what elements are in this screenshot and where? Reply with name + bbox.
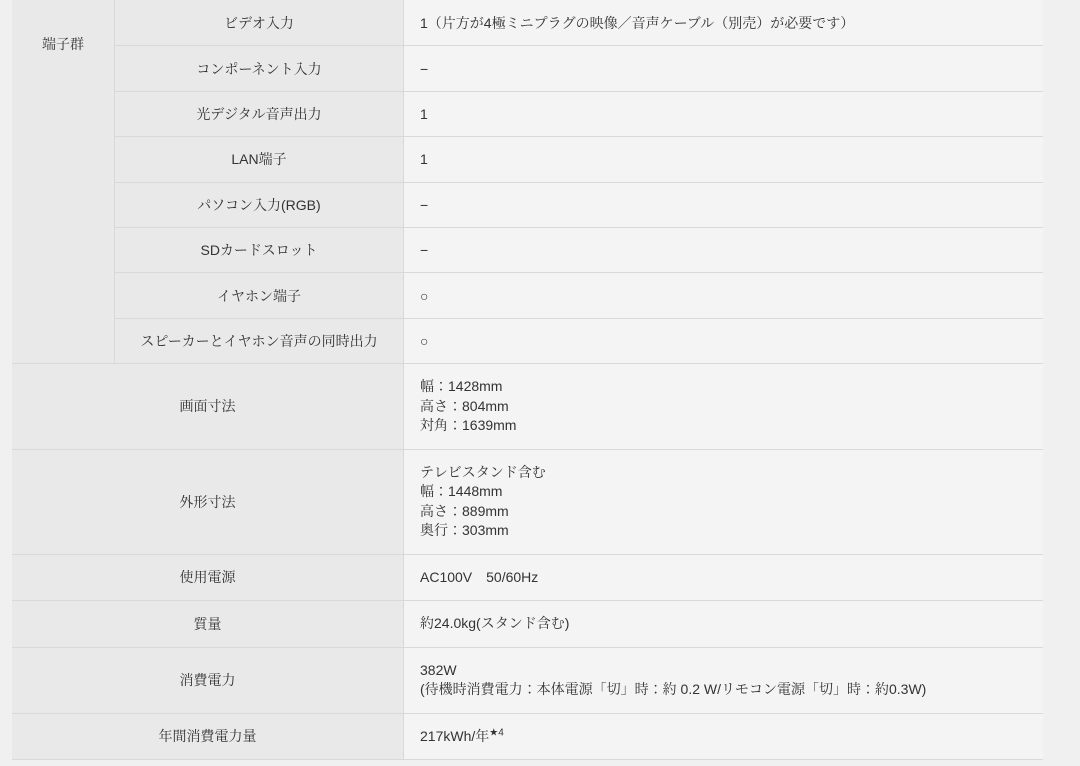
terminal-row: イヤホン端子○ — [115, 272, 1043, 317]
terminal-group-label: 端子群 — [42, 36, 84, 52]
spec-value-line: AC100V 50/60Hz — [420, 568, 1027, 588]
spec-row-value: 幅：1428mm高さ：804mm対角：1639mm — [404, 364, 1043, 449]
spec-row-value: 約24.0kg(スタンド含む) — [404, 601, 1043, 647]
spec-value-line: 幅：1448mm — [420, 482, 1027, 502]
spec-row-label: 質量 — [12, 601, 404, 647]
spec-row: 画面寸法幅：1428mm高さ：804mm対角：1639mm — [12, 364, 1043, 450]
terminal-row-label: パソコン入力(RGB) — [115, 183, 404, 227]
spec-row-label: 画面寸法 — [12, 364, 404, 449]
spec-value-line: 382W — [420, 661, 1027, 681]
terminal-section: 端子群 ビデオ入力1（片方が4極ミニプラグの映像／音声ケーブル（別売）が必要です… — [12, 0, 1043, 364]
terminal-row-value: − — [404, 228, 1043, 272]
spec-row-label: 消費電力 — [12, 648, 404, 713]
terminal-row-value: − — [404, 183, 1043, 227]
spec-value-line: 217kWh/年★4 — [420, 727, 1027, 747]
terminal-row-value: 1（片方が4極ミニプラグの映像／音声ケーブル（別売）が必要です） — [404, 0, 1043, 45]
spec-table: 端子群 ビデオ入力1（片方が4極ミニプラグの映像／音声ケーブル（別売）が必要です… — [12, 0, 1043, 760]
terminal-row-label: LAN端子 — [115, 137, 404, 181]
spec-row-label: 年間消費電力量 — [12, 714, 404, 760]
terminal-row-label: イヤホン端子 — [115, 273, 404, 317]
terminal-row-label: スピーカーとイヤホン音声の同時出力 — [115, 319, 404, 363]
terminal-row: パソコン入力(RGB)− — [115, 182, 1043, 227]
terminal-row-value: 1 — [404, 92, 1043, 136]
terminal-row-label: SDカードスロット — [115, 228, 404, 272]
spec-row-value: 382W(待機時消費電力：本体電源「切」時：約 0.2 W/リモコン電源「切」時… — [404, 648, 1043, 713]
spec-row-value: AC100V 50/60Hz — [404, 555, 1043, 601]
terminal-row: ビデオ入力1（片方が4極ミニプラグの映像／音声ケーブル（別売）が必要です） — [115, 0, 1043, 45]
terminal-row: スピーカーとイヤホン音声の同時出力○ — [115, 318, 1043, 363]
spec-row-value: テレビスタンド含む幅：1448mm高さ：889mm奥行：303mm — [404, 450, 1043, 554]
spec-row: 使用電源AC100V 50/60Hz — [12, 555, 1043, 602]
footnote-marker: ★4 — [489, 727, 504, 738]
spec-value-line: テレビスタンド含む — [420, 463, 1027, 483]
spec-value-line: 幅：1428mm — [420, 377, 1027, 397]
terminal-row-label: コンポーネント入力 — [115, 46, 404, 90]
terminal-row-value: − — [404, 46, 1043, 90]
spec-row: 外形寸法テレビスタンド含む幅：1448mm高さ：889mm奥行：303mm — [12, 450, 1043, 555]
terminal-row: コンポーネント入力− — [115, 45, 1043, 90]
spec-value-line: 高さ：889mm — [420, 502, 1027, 522]
terminal-rows: ビデオ入力1（片方が4極ミニプラグの映像／音声ケーブル（別売）が必要です）コンポ… — [115, 0, 1043, 363]
spec-value-line: 対角：1639mm — [420, 416, 1027, 436]
terminal-row: 光デジタル音声出力1 — [115, 91, 1043, 136]
spec-value-line: (待機時消費電力：本体電源「切」時：約 0.2 W/リモコン電源「切」時：約0.… — [420, 680, 1027, 700]
terminal-row-label: 光デジタル音声出力 — [115, 92, 404, 136]
spec-value-line: 高さ：804mm — [420, 397, 1027, 417]
spec-row-label: 外形寸法 — [12, 450, 404, 554]
spec-row: 年間消費電力量217kWh/年★4 — [12, 714, 1043, 761]
terminal-row-value: ○ — [404, 319, 1043, 363]
terminal-row: SDカードスロット− — [115, 227, 1043, 272]
terminal-row-label: ビデオ入力 — [115, 0, 404, 45]
terminal-row-value: ○ — [404, 273, 1043, 317]
terminal-group-cell: 端子群 — [12, 0, 115, 363]
spec-value-line: 約24.0kg(スタンド含む) — [420, 614, 1027, 634]
spec-row-label: 使用電源 — [12, 555, 404, 601]
page: { "palette":{ "page_bg":"#f0f0f0", "labe… — [0, 0, 1080, 766]
terminal-row-value: 1 — [404, 137, 1043, 181]
spec-rows: 画面寸法幅：1428mm高さ：804mm対角：1639mm外形寸法テレビスタンド… — [12, 364, 1043, 760]
spec-row: 質量約24.0kg(スタンド含む) — [12, 601, 1043, 648]
spec-row: 消費電力382W(待機時消費電力：本体電源「切」時：約 0.2 W/リモコン電源… — [12, 648, 1043, 714]
spec-value-line: 奥行：303mm — [420, 521, 1027, 541]
spec-row-value: 217kWh/年★4 — [404, 714, 1043, 760]
terminal-row: LAN端子1 — [115, 136, 1043, 181]
